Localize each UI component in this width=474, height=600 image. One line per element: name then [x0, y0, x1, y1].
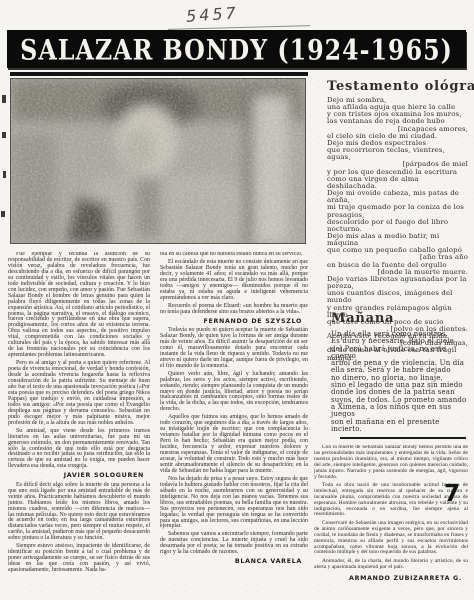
scan-speck — [2, 132, 6, 138]
essay-paragraph: Siempre estuvo ansioso, impaciente de id… — [8, 544, 150, 574]
poem-line: del Perú habrá justicia, no este cuervo — [331, 346, 468, 361]
masthead-banner: SALAZAR BONDY (1924-1965) — [7, 30, 466, 68]
signature-varela: BLANCA VARELA — [160, 559, 302, 565]
varela-essay: Todavía no puedo ni quiero aceptar la mu… — [160, 328, 308, 556]
poem-line: que recorrieron teclas, vientres, aguas, — [327, 147, 468, 161]
poem-line: Dejo varias libretas agusanadas por la p… — [327, 276, 468, 290]
poem-line: son el mañana en el presente incierto. — [331, 419, 468, 434]
manana-heading: Mañana — [331, 311, 394, 326]
scan-speck — [2, 95, 6, 103]
page-title: SALAZAR BONDY (1924-1965) — [20, 32, 453, 66]
halftone-portrait — [11, 79, 305, 243]
szyszlo-essay-end: El escándalo de esta muerte no consiste … — [160, 260, 308, 316]
essay-paragraph: Aquellos que fuimos sus amigos, que lo h… — [160, 415, 308, 475]
essay-paragraph: Recuerdo el poema de Eluard: «un hombre … — [160, 304, 308, 316]
essay-paragraph: Con la muerte de Sebastián Salazar Bondy… — [314, 445, 468, 480]
essay-paragraph: Pero es al amigo y al poeta a quien quie… — [8, 361, 150, 426]
scan-speck — [3, 171, 6, 178]
essay-paragraph: Fue ejemplar y fecunda la asunción de su… — [8, 252, 150, 359]
poem-line: Dejo mis alas a medio batir, mi máquina — [327, 233, 468, 247]
scanned-newspaper-page: 5457 SALAZAR BONDY (1924-1965) — [0, 0, 474, 600]
essay-paragraph-continuation: bía en su cabeza que no hubiera estado n… — [160, 252, 308, 258]
signature-szyszlo: FERNANDO DE SZYSZLO — [160, 319, 302, 325]
manana-poem: Un día ella será como nosotros.Es duro y… — [331, 331, 468, 433]
heavy-rule — [10, 72, 308, 76]
sologuren-essay: Fue ejemplar y fecunda la asunción de su… — [8, 252, 150, 470]
obituary-essay: Con la muerte de Sebastián Salazar Bondy… — [314, 445, 468, 573]
poem-line: Dejo mi ovoide cabeza, mis patas de arañ… — [327, 190, 468, 204]
section-divider-rule — [340, 437, 466, 439]
signature-sologuren: JAVIER SOLOGUREN — [8, 473, 144, 479]
column-left: Fue ejemplar y fecunda la asunción de su… — [8, 252, 150, 590]
poem-line: unos cuantos discos, imágenes del mundo — [327, 290, 468, 304]
salazar-bondy-photo — [10, 78, 306, 244]
poem-line: mi traje quemado por la ceniza de los pr… — [327, 204, 468, 218]
essay-paragraph: Nos ha dejado de prisa y a pesar suyo. E… — [160, 477, 308, 531]
essay-paragraph: Quiero verlo aún, libre, ágil y luchando… — [160, 372, 308, 414]
scan-speck — [1, 211, 5, 217]
essay-paragraph: Animador, él, de la charla, del mundo li… — [314, 559, 468, 571]
handwritten-annotation: 5457 — [185, 3, 239, 26]
poem-line: descolorido por el fuego del libro noctu… — [327, 219, 468, 233]
poem-line: a Ximena, a los niños que en sus juegos — [331, 404, 468, 419]
poem-line: como una virgen de alma deshilachada. — [327, 176, 468, 190]
column-middle: bía en su cabeza que no hubiera estado n… — [160, 252, 308, 590]
signature-zubizarreta: ARMANDO ZUBIZARRETA G. — [314, 575, 462, 582]
szyszlo-essay-start: Es difícil decir algo sobre la muerte de… — [8, 483, 150, 574]
essay-paragraph: El escándalo de esta muerte no consiste … — [160, 260, 308, 302]
essay-paragraph: Es difícil decir algo sobre la muerte de… — [8, 483, 150, 543]
essay-paragraph: Sabemos que vamos a encontrarlo siempre,… — [160, 532, 308, 556]
testamento-heading: Testamento ológrafo — [327, 79, 474, 94]
essay-paragraph: Conservaré de Sebastián una imagen enérg… — [314, 521, 468, 556]
essay-paragraph: Su amistad, que viene desde los primeros… — [8, 429, 150, 471]
page-number: 7 — [444, 481, 460, 507]
essay-paragraph: Todavía no puedo ni quiero aceptar la mu… — [160, 328, 308, 370]
